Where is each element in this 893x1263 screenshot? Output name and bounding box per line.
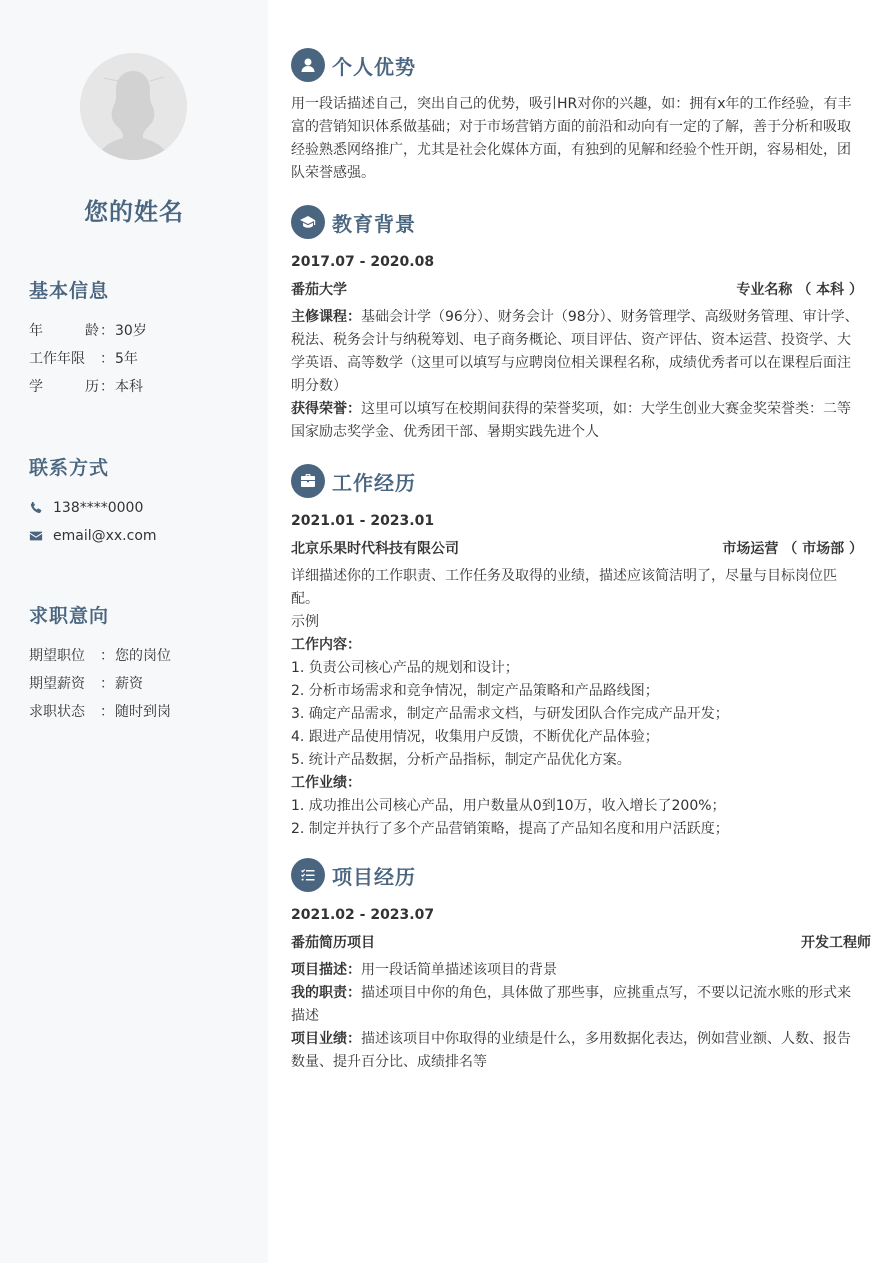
project-result-text: 描述该项目中你取得的业绩是什么，多用数据化表达，例如营业额、人数、报告数量、提升… [291,1031,851,1070]
checklist-icon [291,858,325,892]
info-row-education: 学历 ： 本科 [29,373,259,401]
label-char: 历 [85,373,99,401]
project-title: 项目经历 [332,861,416,890]
work-content-item: 2. 分析市场需求和竞争情况，制定产品策略和产品路线图； [291,680,863,703]
project-header: 项目经历 [291,857,416,893]
education-date: 2017.07 - 2020.08 [291,251,863,274]
education-header: 教育背景 [291,204,416,240]
age-value: 30岁 [115,317,147,345]
honors-text: 这里可以填写在校期间获得的荣誉奖项，如：大学生创业大赛金奖荣誉类：二等国家励志奖… [291,401,851,440]
label-char: 学 [29,373,43,401]
info-row-work-years: 工作年限 ： 5年 [29,345,259,373]
work-achievement-item: 2. 制定并执行了多个产品营销策略，提高了产品知名度和用户活跃度； [291,818,863,841]
work-intro: 详细描述你的工作职责、工作任务及取得的业绩，描述应该简洁明了，尽量与目标岗位匹配… [291,565,863,611]
email-value: email@xx.com [53,528,157,544]
colon: ： [99,373,115,401]
honors-label: 获得荣誉： [291,401,361,417]
advantages-header: 个人优势 [291,47,416,83]
work-content-label: 工作内容： [291,634,863,657]
label-char: 年 [29,317,43,345]
position-label: 期望职位 [29,642,99,670]
intent-row-status: 求职状态 ： 随时到岗 [29,698,259,726]
sidebar: 您的姓名 基本信息 年龄 ： 30岁 工作年限 ： 5年 学历 ： 本科 联系方… [0,0,268,1263]
position-value: 您的岗位 [115,642,171,670]
candidate-name: 您的姓名 [0,192,268,227]
intent-row-position: 期望职位 ： 您的岗位 [29,642,259,670]
work-date: 2021.01 - 2023.01 [291,510,863,533]
status-label: 求职状态 [29,698,99,726]
education-entry: 2017.07 - 2020.08 番茄大学 专业名称 （ 本科 ） 主修课程：… [291,251,863,444]
project-desc-label: 项目描述： [291,962,361,978]
briefcase-icon [291,464,325,498]
info-row-age: 年龄 ： 30岁 [29,317,259,345]
courses-text: 基础会计学（96分）、财务会计（98分）、财务管理学、高级财务管理、审计学、税法… [291,309,859,394]
basic-info-title: 基本信息 [29,276,259,303]
work-years-label: 工作年限 [29,345,85,373]
project-name: 番茄简历项目 [291,932,375,955]
work-header: 工作经历 [291,463,416,499]
project-result: 项目业绩：描述该项目中你取得的业绩是什么，多用数据化表达，例如营业额、人数、报告… [291,1028,863,1074]
contact-title: 联系方式 [29,453,259,480]
colon: ： [99,698,115,726]
project-desc: 项目描述：用一段话简单描述该项目的背景 [291,959,863,982]
project-duty-label: 我的职责： [291,985,361,1001]
job-position: 市场运营 （ 市场部 ） [722,538,863,561]
avatar[interactable] [80,53,187,160]
avatar-silhouette-icon [80,53,187,160]
work-content-item: 1. 负责公司核心产品的规划和设计； [291,657,863,680]
project-result-label: 项目业绩： [291,1031,361,1047]
courses-label: 主修课程： [291,309,361,325]
work-company-row: 北京乐果时代科技有限公司 市场运营 （ 市场部 ） [291,538,863,561]
mail-icon [29,529,43,543]
advantages-text: 用一段话描述自己，突出自己的优势，吸引HR对你的兴趣，如：拥有x年的工作经验，有… [291,93,863,185]
project-desc-text: 用一段话简单描述该项目的背景 [361,962,557,978]
work-content-item: 5. 统计产品数据，分析产品指标，制定产品优化方案。 [291,749,863,772]
project-name-row: 番茄简历项目 开发工程师 [291,932,871,955]
work-example-label: 示例 [291,611,863,634]
status-value: 随时到岗 [115,698,171,726]
project-duty: 我的职责：描述项目中你的角色，具体做了那些事，应挑重点写，不要以记流水账的形式来… [291,982,863,1028]
graduation-cap-icon [291,205,325,239]
education-school-row: 番茄大学 专业名称 （ 本科 ） [291,279,863,302]
basic-info-section: 基本信息 年龄 ： 30岁 工作年限 ： 5年 学历 ： 本科 [29,276,259,401]
colon: ： [99,345,115,373]
honors: 获得荣誉：这里可以填写在校期间获得的荣誉奖项，如：大学生创业大赛金奖荣誉类：二等… [291,398,863,444]
courses: 主修课程：基础会计学（96分）、财务会计（98分）、财务管理学、高级财务管理、审… [291,306,863,398]
job-intent-section: 求职意向 期望职位 ： 您的岗位 期望薪资 ： 薪资 求职状态 ： 随时到岗 [29,601,259,726]
education-value: 本科 [115,373,143,401]
company-name: 北京乐果时代科技有限公司 [291,538,459,561]
colon: ： [99,317,115,345]
label-char: 龄 [85,317,99,345]
job-intent-title: 求职意向 [29,601,259,628]
contact-email[interactable]: email@xx.com [29,522,259,550]
work-entry: 2021.01 - 2023.01 北京乐果时代科技有限公司 市场运营 （ 市场… [291,510,863,841]
colon: ： [99,642,115,670]
work-achievements-label: 工作业绩： [291,772,863,795]
project-date: 2021.02 - 2023.07 [291,904,871,927]
work-achievement-item: 1. 成功推出公司核心产品，用户数量从0到10万，收入增长了200%； [291,795,863,818]
work-content-item: 4. 跟进产品使用情况，收集用户反馈，不断优化产品体验； [291,726,863,749]
phone-icon [29,501,43,515]
work-title: 工作经历 [332,467,416,496]
phone-value: 138****0000 [53,500,143,516]
project-role: 开发工程师 [801,932,871,955]
work-years-value: 5年 [115,345,138,373]
major-name: 专业名称 （ 本科 ） [736,279,863,302]
user-icon [291,48,325,82]
contact-section: 联系方式 138****0000 email@xx.com [29,453,259,550]
project-duty-text: 描述项目中你的角色，具体做了那些事，应挑重点写，不要以记流水账的形式来描述 [291,985,851,1024]
school-name: 番茄大学 [291,279,347,302]
education-title: 教育背景 [332,208,416,237]
project-entry: 2021.02 - 2023.07 番茄简历项目 开发工程师 项目描述：用一段话… [291,904,871,1074]
salary-label: 期望薪资 [29,670,99,698]
colon: ： [99,670,115,698]
contact-phone[interactable]: 138****0000 [29,494,259,522]
intent-row-salary: 期望薪资 ： 薪资 [29,670,259,698]
work-content-item: 3. 确定产品需求，制定产品需求文档，与研发团队合作完成产品开发； [291,703,863,726]
salary-value: 薪资 [115,670,143,698]
advantages-title: 个人优势 [332,51,416,80]
